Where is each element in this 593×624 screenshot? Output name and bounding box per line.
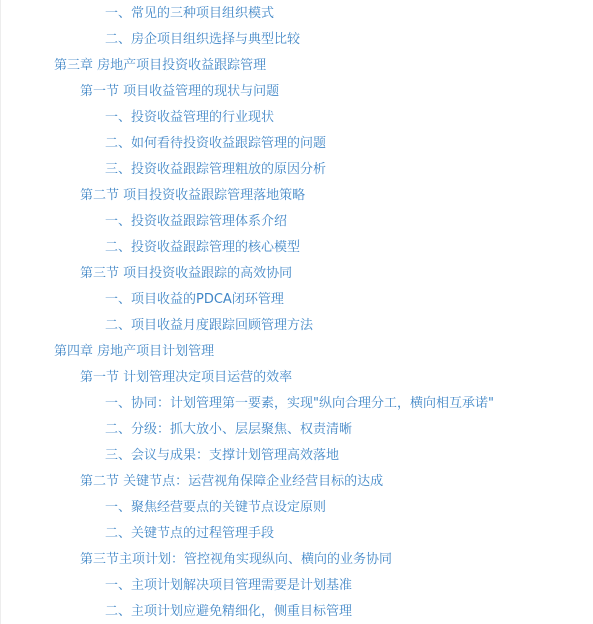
course-toc-list: 一、常见的三种项目组织模式二、房企项目组织选择与典型比较第三章 房地产项目投资收… [1, 0, 593, 624]
toc-entry-chapter: 第三章 房地产项目投资收益跟踪管理 [1, 53, 593, 79]
toc-entry-section: 第三节 项目投资收益跟踪的高效协同 [1, 261, 593, 287]
toc-entry-item: 二、主项计划应避免精细化，侧重目标管理 [1, 599, 593, 624]
toc-entry-item: 二、投资收益跟踪管理的核心模型 [1, 235, 593, 261]
toc-entry-item: 二、项目收益月度跟踪回顾管理方法 [1, 313, 593, 339]
toc-entry-item: 一、项目收益的PDCA闭环管理 [1, 287, 593, 313]
toc-entry-chapter: 第四章 房地产项目计划管理 [1, 339, 593, 365]
toc-entry-item: 一、主项计划解决项目管理需要是计划基准 [1, 573, 593, 599]
toc-entry-section: 第二节 关键节点：运营视角保障企业经营目标的达成 [1, 469, 593, 495]
toc-entry-item: 一、投资收益管理的行业现状 [1, 105, 593, 131]
toc-entry-item: 二、分级：抓大放小、层层聚焦、权责清晰 [1, 417, 593, 443]
toc-entry-item: 一、聚焦经营要点的关键节点设定原则 [1, 495, 593, 521]
toc-entry-item: 二、如何看待投资收益跟踪管理的问题 [1, 131, 593, 157]
toc-entry-item: 三、会议与成果：支撑计划管理高效落地 [1, 443, 593, 469]
toc-entry-item: 二、关键节点的过程管理手段 [1, 521, 593, 547]
toc-entry-section: 第二节 项目投资收益跟踪管理落地策略 [1, 183, 593, 209]
toc-entry-item: 二、房企项目组织选择与典型比较 [1, 27, 593, 53]
toc-entry-item: 三、投资收益跟踪管理粗放的原因分析 [1, 157, 593, 183]
toc-entry-section: 第三节主项计划：管控视角实现纵向、横向的业务协同 [1, 547, 593, 573]
document-page: 一、常见的三种项目组织模式二、房企项目组织选择与典型比较第三章 房地产项目投资收… [0, 0, 593, 624]
toc-entry-section: 第一节 项目收益管理的现状与问题 [1, 79, 593, 105]
toc-entry-section: 第一节 计划管理决定项目运营的效率 [1, 365, 593, 391]
toc-entry-item: 一、投资收益跟踪管理体系介绍 [1, 209, 593, 235]
toc-entry-item: 一、协同：计划管理第一要素，实现"纵向合理分工，横向相互承诺" [1, 391, 593, 417]
toc-entry-item: 一、常见的三种项目组织模式 [1, 1, 593, 27]
